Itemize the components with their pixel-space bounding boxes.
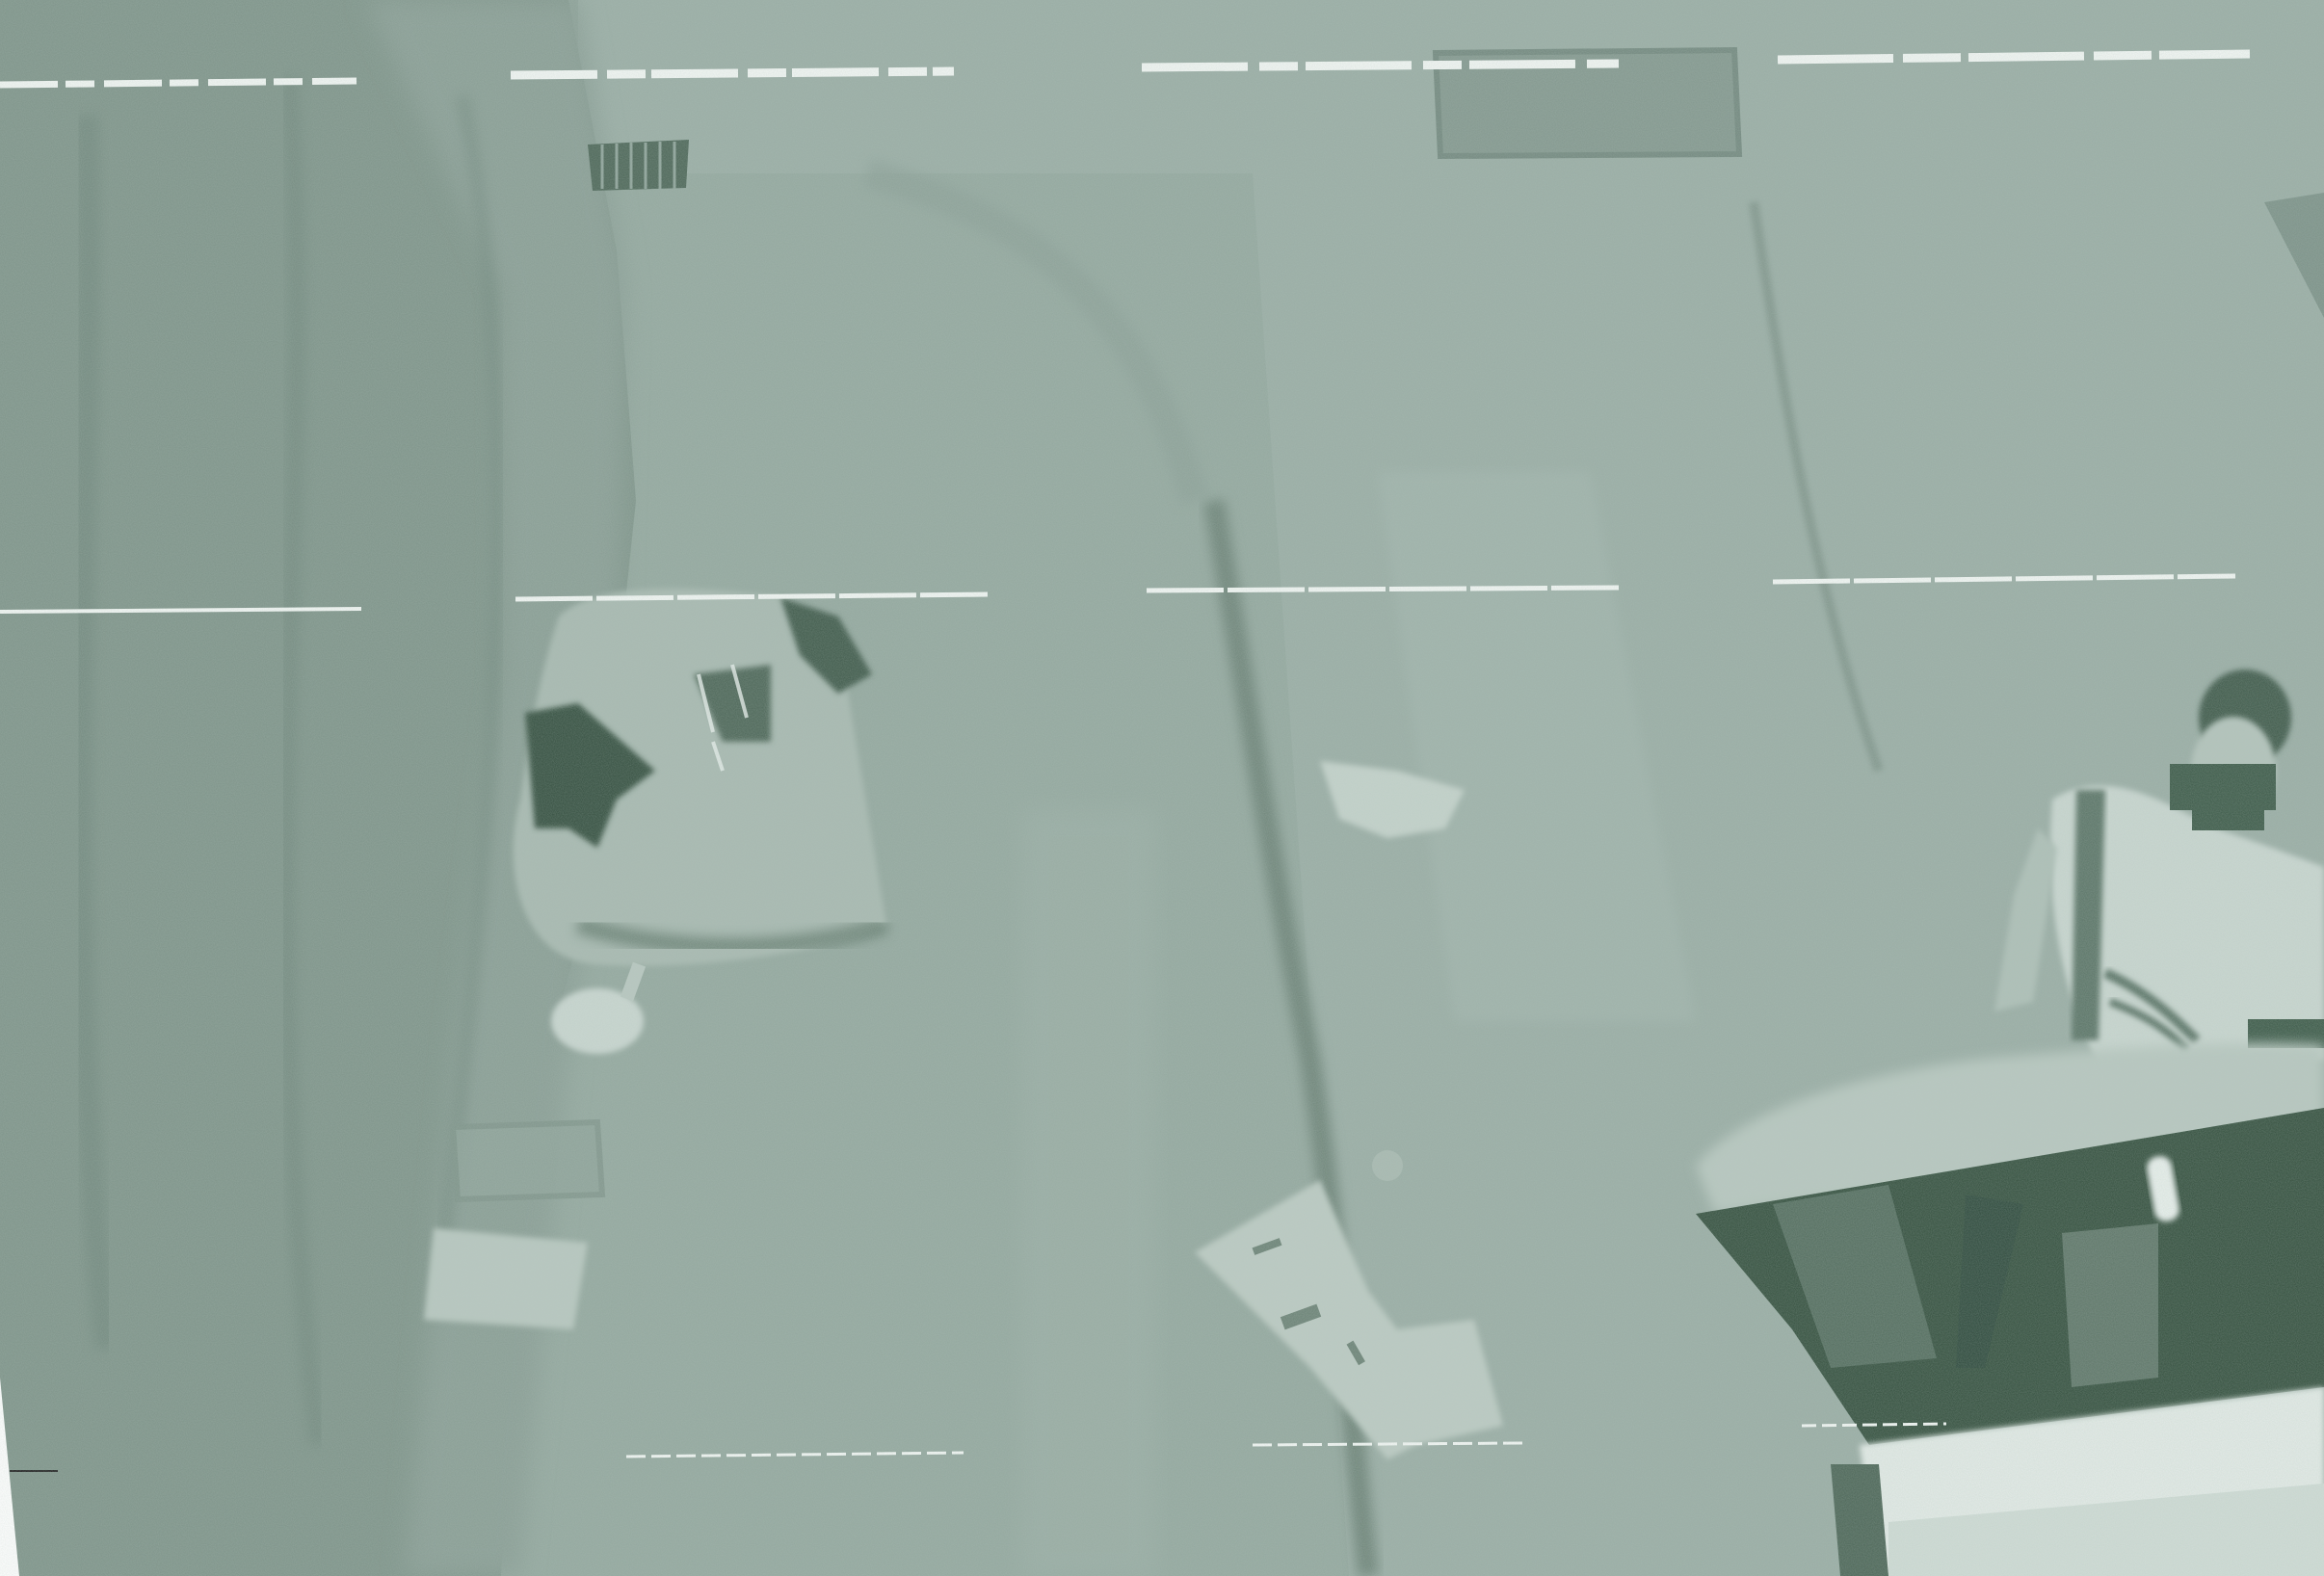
scene-canvas — [0, 0, 2324, 1576]
surveillance-image: Surveillance still: sidewalk with discar… — [0, 0, 2324, 1576]
